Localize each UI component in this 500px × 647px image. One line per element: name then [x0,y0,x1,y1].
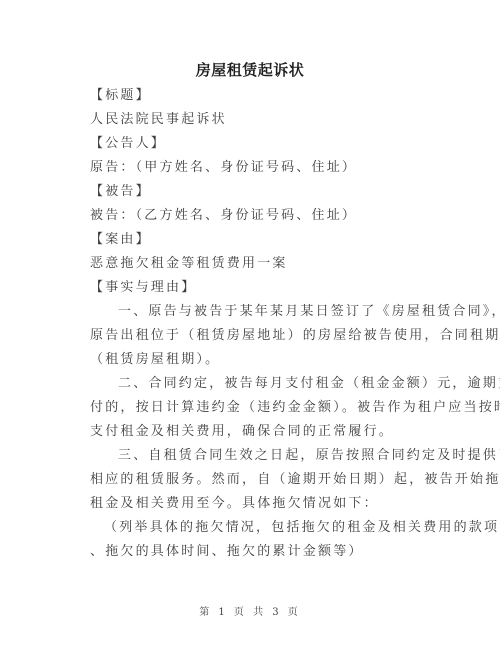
section-heading-parties: 【公告人】 [90,132,420,151]
fact-paragraph-3-line-3: 租金及相关费用至今。具体拖欠情况如下： [90,492,420,511]
cause-line: 恶意拖欠租金等租赁费用一案 [90,252,420,271]
fact-paragraph-3-line-1: 三、自租赁合同生效之日起，原告按照合同约定及时提供了 [118,444,448,463]
document-title: 房屋租赁起诉状 [0,59,500,80]
section-heading-defendant: 【被告】 [90,180,420,199]
fact-paragraph-1-line-2: 原告出租位于（租赁房屋地址）的房屋给被告使用，合同租期为 [90,324,420,343]
arrears-detail-line-2: 、拖欠的具体时间、拖欠的累计金额等） [90,540,420,559]
page-footer: 第 1 页 共 3 页 [0,603,500,618]
section-heading-title: 【标题】 [90,84,420,103]
document-page: 房屋租赁起诉状 【标题】 人民法院民事起诉状 【公告人】 原告：（甲方姓名、身份… [0,0,500,647]
arrears-detail-line-1: （列举具体的拖欠情况，包括拖欠的租金及相关费用的款项 [104,516,434,535]
fact-paragraph-2-line-3: 支付租金及相关费用，确保合同的正常履行。 [90,420,420,439]
section-heading-facts: 【事实与理由】 [90,276,420,295]
defendant-line: 被告：（乙方姓名、身份证号码、住址） [90,204,420,223]
fact-paragraph-2-line-2: 付的，按日计算违约金（违约金金额）。被告作为租户应当按时 [90,396,420,415]
section-heading-cause: 【案由】 [90,228,420,247]
fact-paragraph-1-line-1: 一、原告与被告于某年某月某日签订了《房屋租赁合同》， [118,300,448,319]
fact-paragraph-2-line-1: 二、合同约定，被告每月支付租金（租金金额）元，逾期支 [118,372,448,391]
court-name-line: 人民法院民事起诉状 [90,108,420,127]
fact-paragraph-3-line-2: 相应的租赁服务。然而，自（逾期开始日期）起，被告开始拖欠 [90,468,420,487]
plaintiff-line: 原告：（甲方姓名、身份证号码、住址） [90,156,420,175]
fact-paragraph-1-line-3: （租赁房屋租期）。 [90,348,420,367]
